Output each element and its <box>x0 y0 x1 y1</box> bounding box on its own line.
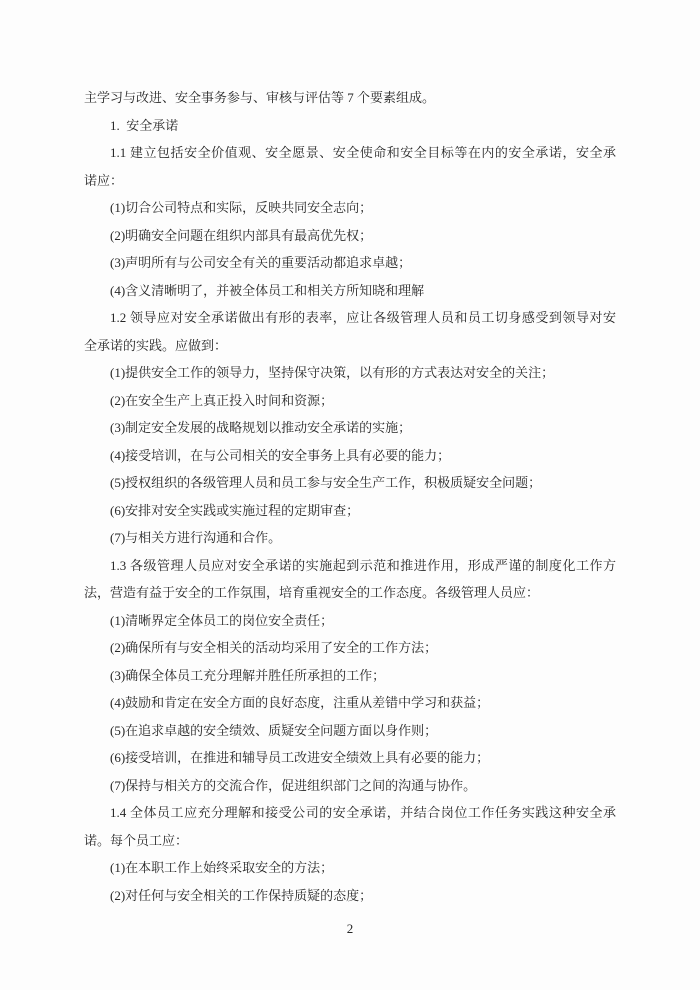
text-line: (1)清晰界定全体员工的岗位安全责任； <box>84 607 616 635</box>
text-line: 1. 安全承诺 <box>84 112 616 140</box>
text-lines: 主学习与改进、安全事务参与、审核与评估等 7 个要素组成。1. 安全承诺1.1 … <box>84 84 616 909</box>
page-number: 2 <box>84 915 616 943</box>
text-line: (2)在安全生产上真正投入时间和资源； <box>84 387 616 415</box>
text-line: (1)切合公司特点和实际，反映共同安全志向； <box>84 194 616 222</box>
text-line: 1.1 建立包括安全价值观、安全愿景、安全使命和安全目标等在内的安全承诺，安全承 <box>84 139 616 167</box>
text-line: (7)保持与相关方的交流合作，促进组织部门之间的沟通与协作。 <box>84 772 616 800</box>
text-line: (4)鼓励和肯定在安全方面的良好态度，注重从差错中学习和获益； <box>84 689 616 717</box>
text-line: (2)对任何与安全相关的工作保持质疑的态度； <box>84 882 616 910</box>
text-line: 1.4 全体员工应充分理解和接受公司的安全承诺，并结合岗位工作任务实践这种安全承 <box>84 799 616 827</box>
text-line: 诺。每个员工应： <box>84 827 616 855</box>
text-line: 主学习与改进、安全事务参与、审核与评估等 7 个要素组成。 <box>84 84 616 112</box>
text-line: (1)提供安全工作的领导力，坚持保守决策，以有形的方式表达对安全的关注； <box>84 359 616 387</box>
text-line: (6)接受培训，在推进和辅导员工改进安全绩效上具有必要的能力； <box>84 744 616 772</box>
text-line: (3)制定安全发展的战略规划以推动安全承诺的实施； <box>84 414 616 442</box>
text-line: 诺应： <box>84 167 616 195</box>
text-line: 1.3 各级管理人员应对安全承诺的实施起到示范和推进作用，形成严谨的制度化工作方 <box>84 552 616 580</box>
text-line: (7)与相关方进行沟通和合作。 <box>84 524 616 552</box>
text-line: (3)确保全体员工充分理解并胜任所承担的工作； <box>84 662 616 690</box>
text-line: (2)确保所有与安全相关的活动均采用了安全的工作方法； <box>84 634 616 662</box>
text-line: 1.2 领导应对安全承诺做出有形的表率，应让各级管理人员和员工切身感受到领导对安 <box>84 304 616 332</box>
text-line: (3)声明所有与公司安全有关的重要活动都追求卓越； <box>84 249 616 277</box>
text-line: 全承诺的实践。应做到： <box>84 332 616 360</box>
text-line: (2)明确安全问题在组织内部具有最高优先权； <box>84 222 616 250</box>
text-line: (4)接受培训，在与公司相关的安全事务上具有必要的能力； <box>84 442 616 470</box>
text-line: (1)在本职工作上始终采取安全的方法； <box>84 854 616 882</box>
text-line: (5)授权组织的各级管理人员和员工参与安全生产工作，积极质疑安全问题； <box>84 469 616 497</box>
document-page: 主学习与改进、安全事务参与、审核与评估等 7 个要素组成。1. 安全承诺1.1 … <box>0 0 700 990</box>
text-line: (6)安排对安全实践或实施过程的定期审查； <box>84 497 616 525</box>
text-line: (5)在追求卓越的安全绩效、质疑安全问题方面以身作则； <box>84 717 616 745</box>
text-line: (4)含义清晰明了，并被全体员工和相关方所知晓和理解 <box>84 277 616 305</box>
text-line: 法，营造有益于安全的工作氛围，培育重视安全的工作态度。各级管理人员应： <box>84 579 616 607</box>
